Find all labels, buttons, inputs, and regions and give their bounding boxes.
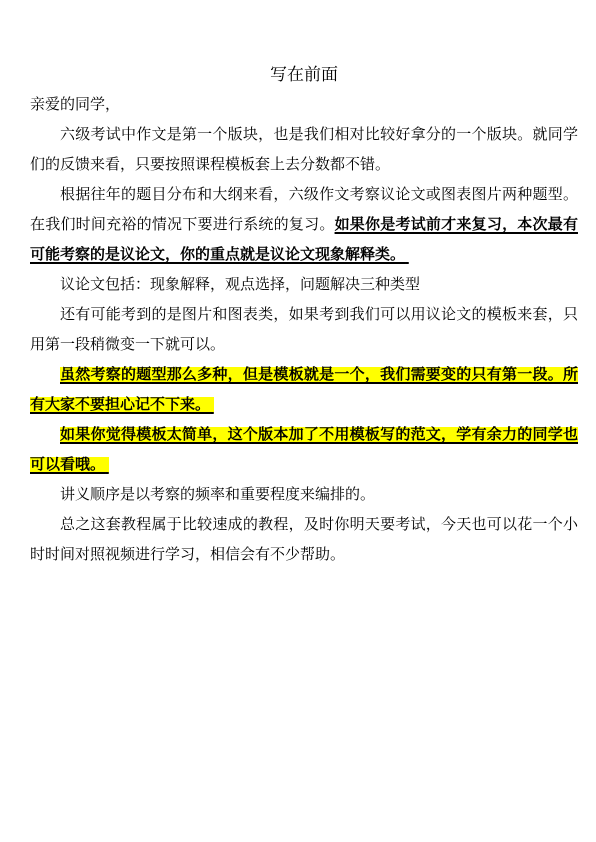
lecture-order-text: 讲义顺序是以考察的频率和重要程度来编排的。: [60, 487, 375, 503]
paragraph-course-intro: 六级考试中作文是第一个版块，也是我们相对比较好拿分的一个版块。就同学们的反馈来看…: [30, 120, 578, 180]
course-intro-text: 六级考试中作文是第一个版块，也是我们相对比较好拿分的一个版块。就同学们的反馈来看…: [30, 127, 578, 173]
conclusion-text: 总之这套教程属于比较速成的教程，及时你明天要考试，今天也可以花一个小时时间对照视…: [30, 517, 578, 563]
page-title: 写在前面: [30, 60, 578, 90]
essay-categories-text: 议论文包括：现象解释，观点选择，问题解决三种类型: [60, 277, 420, 293]
paragraph-chart-fallback: 还有可能考到的是图片和图表类，如果考到我们可以用议论文的模板来套，只用第一段稍微…: [30, 300, 578, 360]
paragraph-salutation: 亲爱的同学，: [30, 90, 578, 120]
salutation-text: 亲爱的同学，: [30, 97, 120, 113]
paragraph-conclusion: 总之这套教程属于比较速成的教程，及时你明天要考试，今天也可以花一个小时时间对照视…: [30, 510, 578, 570]
paragraph-exam-types: 根据往年的题目分布和大纲来看，六级作文考察议论文或图表图片两种题型。在我们时间充…: [30, 180, 578, 270]
highlight-sample-text: 如果你觉得模板太简单，这个版本加了不用模板写的范文，学有余力的同学也可以看哦。: [30, 427, 578, 473]
paragraph-highlight-sample: 如果你觉得模板太简单，这个版本加了不用模板写的范文，学有余力的同学也可以看哦。: [30, 420, 578, 480]
paragraph-essay-categories: 议论文包括：现象解释，观点选择，问题解决三种类型: [30, 270, 578, 300]
document-page: 写在前面 亲爱的同学， 六级考试中作文是第一个版块，也是我们相对比较好拿分的一个…: [0, 0, 596, 842]
paragraph-lecture-order: 讲义顺序是以考察的频率和重要程度来编排的。: [30, 480, 578, 510]
chart-fallback-text: 还有可能考到的是图片和图表类，如果考到我们可以用议论文的模板来套，只用第一段稍微…: [30, 307, 578, 353]
paragraph-highlight-template: 虽然考察的题型那么多种，但是模板就是一个，我们需要变的只有第一段。所有大家不要担…: [30, 360, 578, 420]
highlight-template-text: 虽然考察的题型那么多种，但是模板就是一个，我们需要变的只有第一段。所有大家不要担…: [30, 367, 578, 413]
